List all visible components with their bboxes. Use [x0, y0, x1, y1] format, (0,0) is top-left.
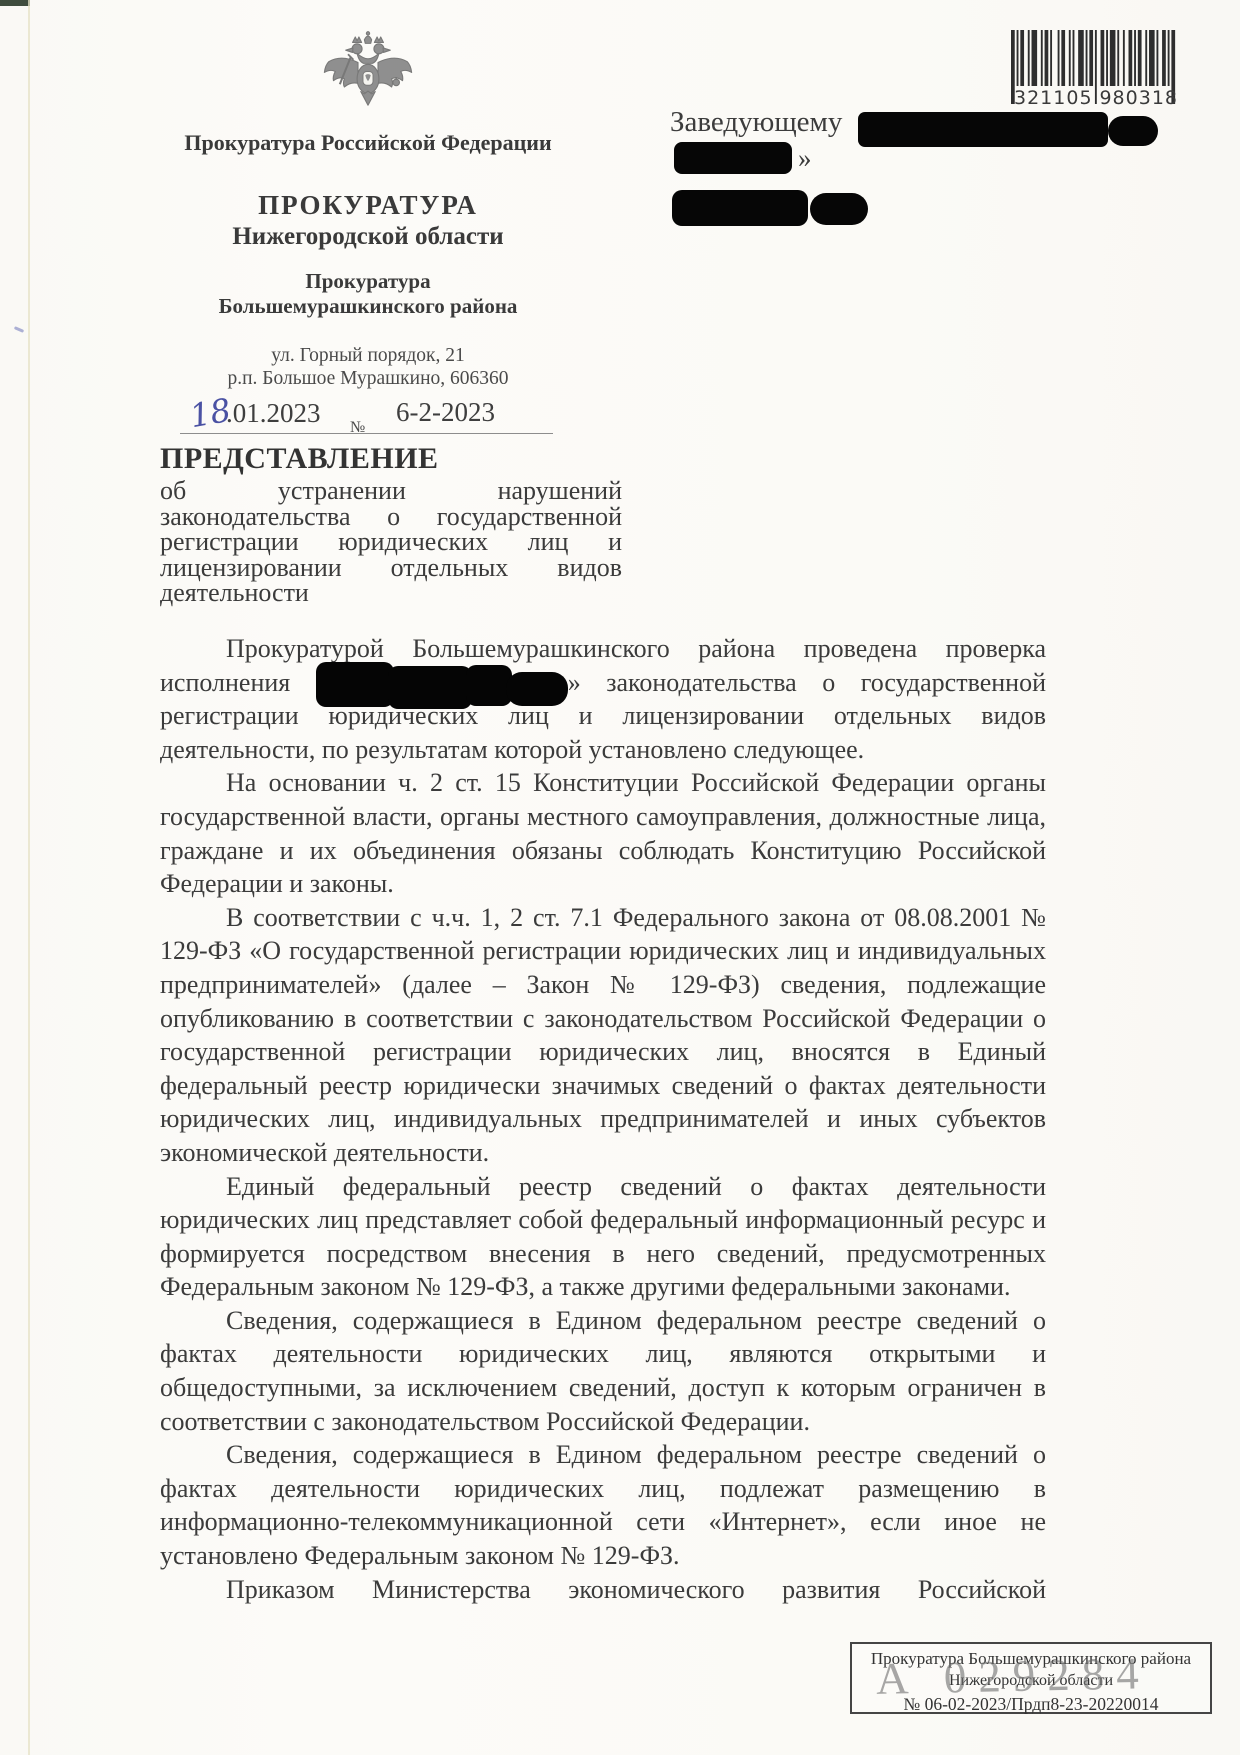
body-paragraph: Приказом Министерства экономического раз…: [160, 1573, 1046, 1607]
redaction-bar: [672, 190, 808, 226]
document-subtitle: об устранении нарушений законодательства…: [160, 478, 622, 606]
body-paragraph: Сведения, содержащиеся в Едином федераль…: [160, 1304, 1046, 1438]
body-paragraph: Прокуратурой Большемурашкинского района …: [160, 632, 1046, 766]
redaction-bar: [858, 112, 1108, 147]
barcode-digits: 321105 980318: [1008, 87, 1184, 109]
barcode: 321105 980318: [1008, 30, 1184, 110]
date-underline-rule: [180, 433, 553, 434]
letterhead-district-office-line1: Прокуратура: [168, 269, 568, 294]
redaction-bar: [810, 193, 868, 225]
redaction-bar: [1108, 116, 1158, 146]
document-heading: ПРЕДСТАВЛЕНИЕ: [160, 442, 439, 476]
letterhead-prosecutor-title: ПРОКУРАТУРА: [168, 190, 568, 221]
barcode-digits-right: 980318: [1099, 87, 1178, 109]
scan-artifact-dash: [0, 0, 30, 6]
date-printed: .01.2023: [226, 398, 321, 429]
body-paragraph: На основании ч. 2 ст. 15 Конституции Рос…: [160, 766, 1046, 900]
addressee-label: Заведующему: [670, 106, 842, 139]
body-paragraph: Единый федеральный реестр сведений о фак…: [160, 1170, 1046, 1304]
stamp-watermark-number: А 029284: [875, 1647, 1151, 1705]
letterhead-address-town: р.п. Большое Мурашкино, 606360: [168, 368, 568, 390]
letterhead-region: Нижегородской области: [168, 223, 568, 251]
redaction-bar: [674, 142, 792, 174]
letterhead-district-office-line2: Большемурашкинского района: [168, 294, 568, 319]
body-paragraph: Сведения, содержащиеся в Едином федераль…: [160, 1438, 1046, 1572]
letterhead-address-street: ул. Горный порядок, 21: [168, 345, 568, 367]
redaction-bar: [316, 662, 568, 707]
barcode-digits-left: 321105: [1014, 87, 1093, 109]
addressee-quote-mark: »: [798, 143, 812, 174]
number-sign: №: [350, 419, 365, 437]
body-text: Прокуратурой Большемурашкинского района …: [160, 632, 1046, 1606]
scanned-document-page: Прокуратура Российской Федерации ПРОКУРА…: [0, 0, 1240, 1755]
coat-of-arms-icon: [318, 26, 418, 128]
body-paragraph: В соответствии с ч.ч. 1, 2 ст. 7.1 Федер…: [160, 901, 1046, 1170]
scan-artifact-speck: [14, 326, 24, 333]
scan-artifact-line: [28, 0, 30, 1755]
letterhead-org-federation: Прокуратура Российской Федерации: [168, 130, 568, 156]
document-number: 6-2-2023: [396, 397, 495, 428]
